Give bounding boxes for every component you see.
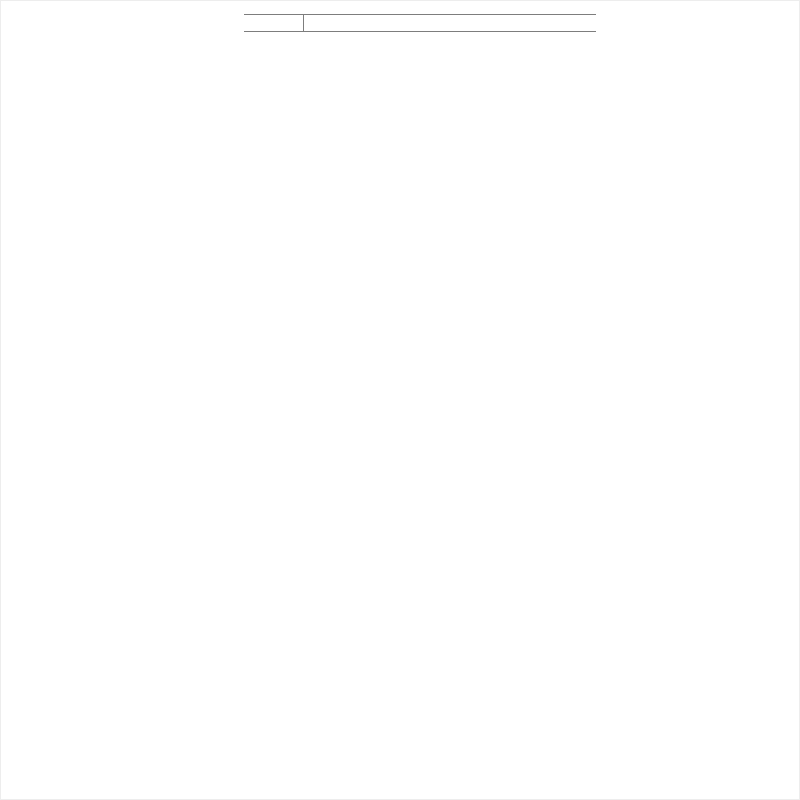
col-header-operation: [304, 15, 597, 32]
col-header-display: [244, 15, 304, 32]
event-type-table: [244, 14, 596, 32]
spec-document: [0, 0, 800, 800]
table-header-row: [244, 15, 596, 32]
